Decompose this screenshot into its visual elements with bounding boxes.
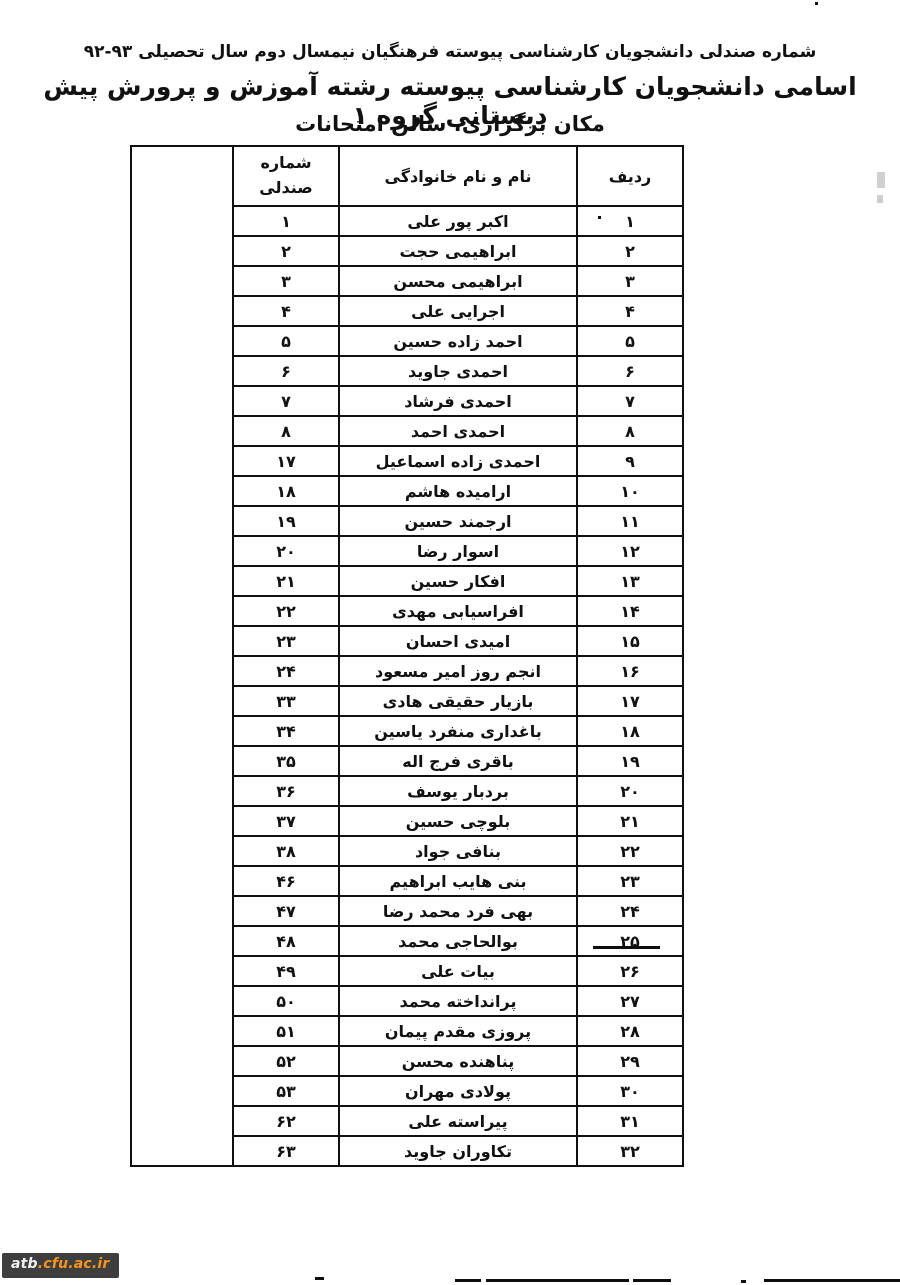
row-rank: ۱۷ — [577, 686, 683, 716]
row-name: احمد زاده حسین — [339, 326, 577, 356]
row-rank: ۸ — [577, 416, 683, 446]
row-name: بازیار حقیقی هادی — [339, 686, 577, 716]
row-seat: ۱۹ — [233, 506, 339, 536]
row-seat: ۲۳ — [233, 626, 339, 656]
row-seat: ۵۳ — [233, 1076, 339, 1106]
row-seat: ۱۷ — [233, 446, 339, 476]
row-rank: ۶ — [577, 356, 683, 386]
doc-title-line3: مکان برگزاری، سالن امتحانات — [0, 112, 900, 136]
table-header-row: ردیف نام و نام خانوادگی شماره صندلی — [131, 146, 683, 206]
row-name: امیدی احسان — [339, 626, 577, 656]
row-name: پیراسته علی — [339, 1106, 577, 1136]
row-rank: ۳۲ — [577, 1136, 683, 1166]
row-seat: ۲۲ — [233, 596, 339, 626]
row-seat: ۴۸ — [233, 926, 339, 956]
row-seat: ۳ — [233, 266, 339, 296]
row-rank: ۱۱ — [577, 506, 683, 536]
scan-dot-artifact — [598, 216, 601, 219]
row-name: ارجمند حسین — [339, 506, 577, 536]
row-name: احمدی احمد — [339, 416, 577, 446]
bottom-edge-smudge — [315, 1277, 324, 1280]
row-seat: ۴۶ — [233, 866, 339, 896]
row-seat: ۲۰ — [233, 536, 339, 566]
row-rank: ۱ — [577, 206, 683, 236]
watermark-suffix: .cfu.ac.ir — [38, 1256, 110, 1272]
doc-title-line1-text: شماره صندلی دانشجویان کارشناسی پیوسته فر… — [138, 42, 816, 62]
row-rank: ۲ — [577, 236, 683, 266]
academic-year: ۹۲-۹۳ — [84, 42, 133, 62]
row-rank: ۷ — [577, 386, 683, 416]
watermark-prefix: atb — [11, 1256, 38, 1272]
row-name: تکاوران جاوید — [339, 1136, 577, 1166]
row-rank: ۱۲ — [577, 536, 683, 566]
row-seat: ۵۱ — [233, 1016, 339, 1046]
row-seat: ۳۳ — [233, 686, 339, 716]
row-name: بردبار یوسف — [339, 776, 577, 806]
row-name: افراسیابی مهدی — [339, 596, 577, 626]
row-name: باقری فرج اله — [339, 746, 577, 776]
row-seat: ۴۷ — [233, 896, 339, 926]
row-name: بنافی جواد — [339, 836, 577, 866]
row-name: پرانداخته محمد — [339, 986, 577, 1016]
row-seat: ۲۱ — [233, 566, 339, 596]
row-name: پروزی مقدم پیمان — [339, 1016, 577, 1046]
bottom-edge-line-1 — [455, 1279, 481, 1282]
row-name: بهی فرد محمد رضا — [339, 896, 577, 926]
row-seat: ۳۶ — [233, 776, 339, 806]
column-header-seat-label: شماره صندلی — [255, 151, 317, 201]
row-rank: ۲۴ — [577, 896, 683, 926]
row-seat: ۳۸ — [233, 836, 339, 866]
row-rank: ۲۵ — [577, 926, 683, 956]
row-name: ارامیده هاشم — [339, 476, 577, 506]
row-rank: ۲۷ — [577, 986, 683, 1016]
row-name: افکار حسین — [339, 566, 577, 596]
row-seat: ۴۹ — [233, 956, 339, 986]
row-seat: ۵ — [233, 326, 339, 356]
row-rank: ۱۰ — [577, 476, 683, 506]
row-name: بوالحاجی محمد — [339, 926, 577, 956]
row-seat: ۵۲ — [233, 1046, 339, 1076]
row-rank: ۲۰ — [577, 776, 683, 806]
row-seat: ۲۴ — [233, 656, 339, 686]
row-rank: ۳۱ — [577, 1106, 683, 1136]
row-name: اکبر پور علی — [339, 206, 577, 236]
scan-smudge-right-2 — [877, 195, 883, 203]
row-rank: ۱۸ — [577, 716, 683, 746]
table-empty-left-column — [131, 146, 233, 1166]
row-rank: ۲۸ — [577, 1016, 683, 1046]
row-rank: ۱۴ — [577, 596, 683, 626]
row-name: اجرایی علی — [339, 296, 577, 326]
row-rank: ۳۰ — [577, 1076, 683, 1106]
column-header-name: نام و نام خانوادگی — [339, 146, 577, 206]
row-seat: ۸ — [233, 416, 339, 446]
row-seat: ۶۳ — [233, 1136, 339, 1166]
row-rank: ۱۳ — [577, 566, 683, 596]
doc-title-line1: شماره صندلی دانشجویان کارشناسی پیوسته فر… — [0, 42, 900, 62]
row-seat: ۴ — [233, 296, 339, 326]
row-name: انجم روز امیر مسعود — [339, 656, 577, 686]
row-name: احمدی زاده اسماعیل — [339, 446, 577, 476]
row-name: بلوچی حسین — [339, 806, 577, 836]
bottom-edge-line-4 — [764, 1279, 900, 1282]
row-rank: ۲۶ — [577, 956, 683, 986]
row-name: بنی هایب ابراهیم — [339, 866, 577, 896]
row-rank: ۱۶ — [577, 656, 683, 686]
row-rank: ۱۵ — [577, 626, 683, 656]
row-name: پولادی مهران — [339, 1076, 577, 1106]
row-seat: ۳۴ — [233, 716, 339, 746]
row-name: ابراهیمی حجت — [339, 236, 577, 266]
row-name: اسوار رضا — [339, 536, 577, 566]
row-seat: ۳۵ — [233, 746, 339, 776]
scan-smudge-right-1 — [877, 172, 885, 188]
row-rank: ۲۳ — [577, 866, 683, 896]
row-seat: ۶ — [233, 356, 339, 386]
student-table-body: ردیف نام و نام خانوادگی شماره صندلی ۱اکب… — [131, 146, 683, 1166]
row-seat: ۷ — [233, 386, 339, 416]
row-rank: ۱۹ — [577, 746, 683, 776]
row-seat: ۱ — [233, 206, 339, 236]
row-name: پناهنده محسن — [339, 1046, 577, 1076]
row-seat: ۲ — [233, 236, 339, 266]
row-seat: ۱۸ — [233, 476, 339, 506]
row-rank: ۲۱ — [577, 806, 683, 836]
column-header-rank: ردیف — [577, 146, 683, 206]
row-rank: ۵ — [577, 326, 683, 356]
row-name: احمدی فرشاد — [339, 386, 577, 416]
row-name: بیات علی — [339, 956, 577, 986]
row-name: باغداری منفرد یاسین — [339, 716, 577, 746]
row-name: احمدی جاوید — [339, 356, 577, 386]
row-rank: ۴ — [577, 296, 683, 326]
student-seat-table: ردیف نام و نام خانوادگی شماره صندلی ۱اکب… — [130, 145, 684, 1167]
row-rank: ۳ — [577, 266, 683, 296]
scan-dot-top-right — [815, 2, 818, 5]
row-seat: ۳۷ — [233, 806, 339, 836]
watermark-badge: atb.cfu.ac.ir — [2, 1253, 119, 1278]
row-seat: ۵۰ — [233, 986, 339, 1016]
row-rank: ۹ — [577, 446, 683, 476]
bottom-edge-dot — [741, 1280, 746, 1283]
column-header-seat: شماره صندلی — [233, 146, 339, 206]
bottom-edge-line-2 — [486, 1279, 629, 1282]
row-rank: ۲۲ — [577, 836, 683, 866]
scan-line-artifact — [593, 946, 660, 949]
row-rank: ۲۹ — [577, 1046, 683, 1076]
bottom-edge-line-3 — [633, 1279, 671, 1282]
row-name: ابراهیمی محسن — [339, 266, 577, 296]
scanned-document-page: شماره صندلی دانشجویان کارشناسی پیوسته فر… — [0, 0, 900, 1285]
row-seat: ۶۲ — [233, 1106, 339, 1136]
